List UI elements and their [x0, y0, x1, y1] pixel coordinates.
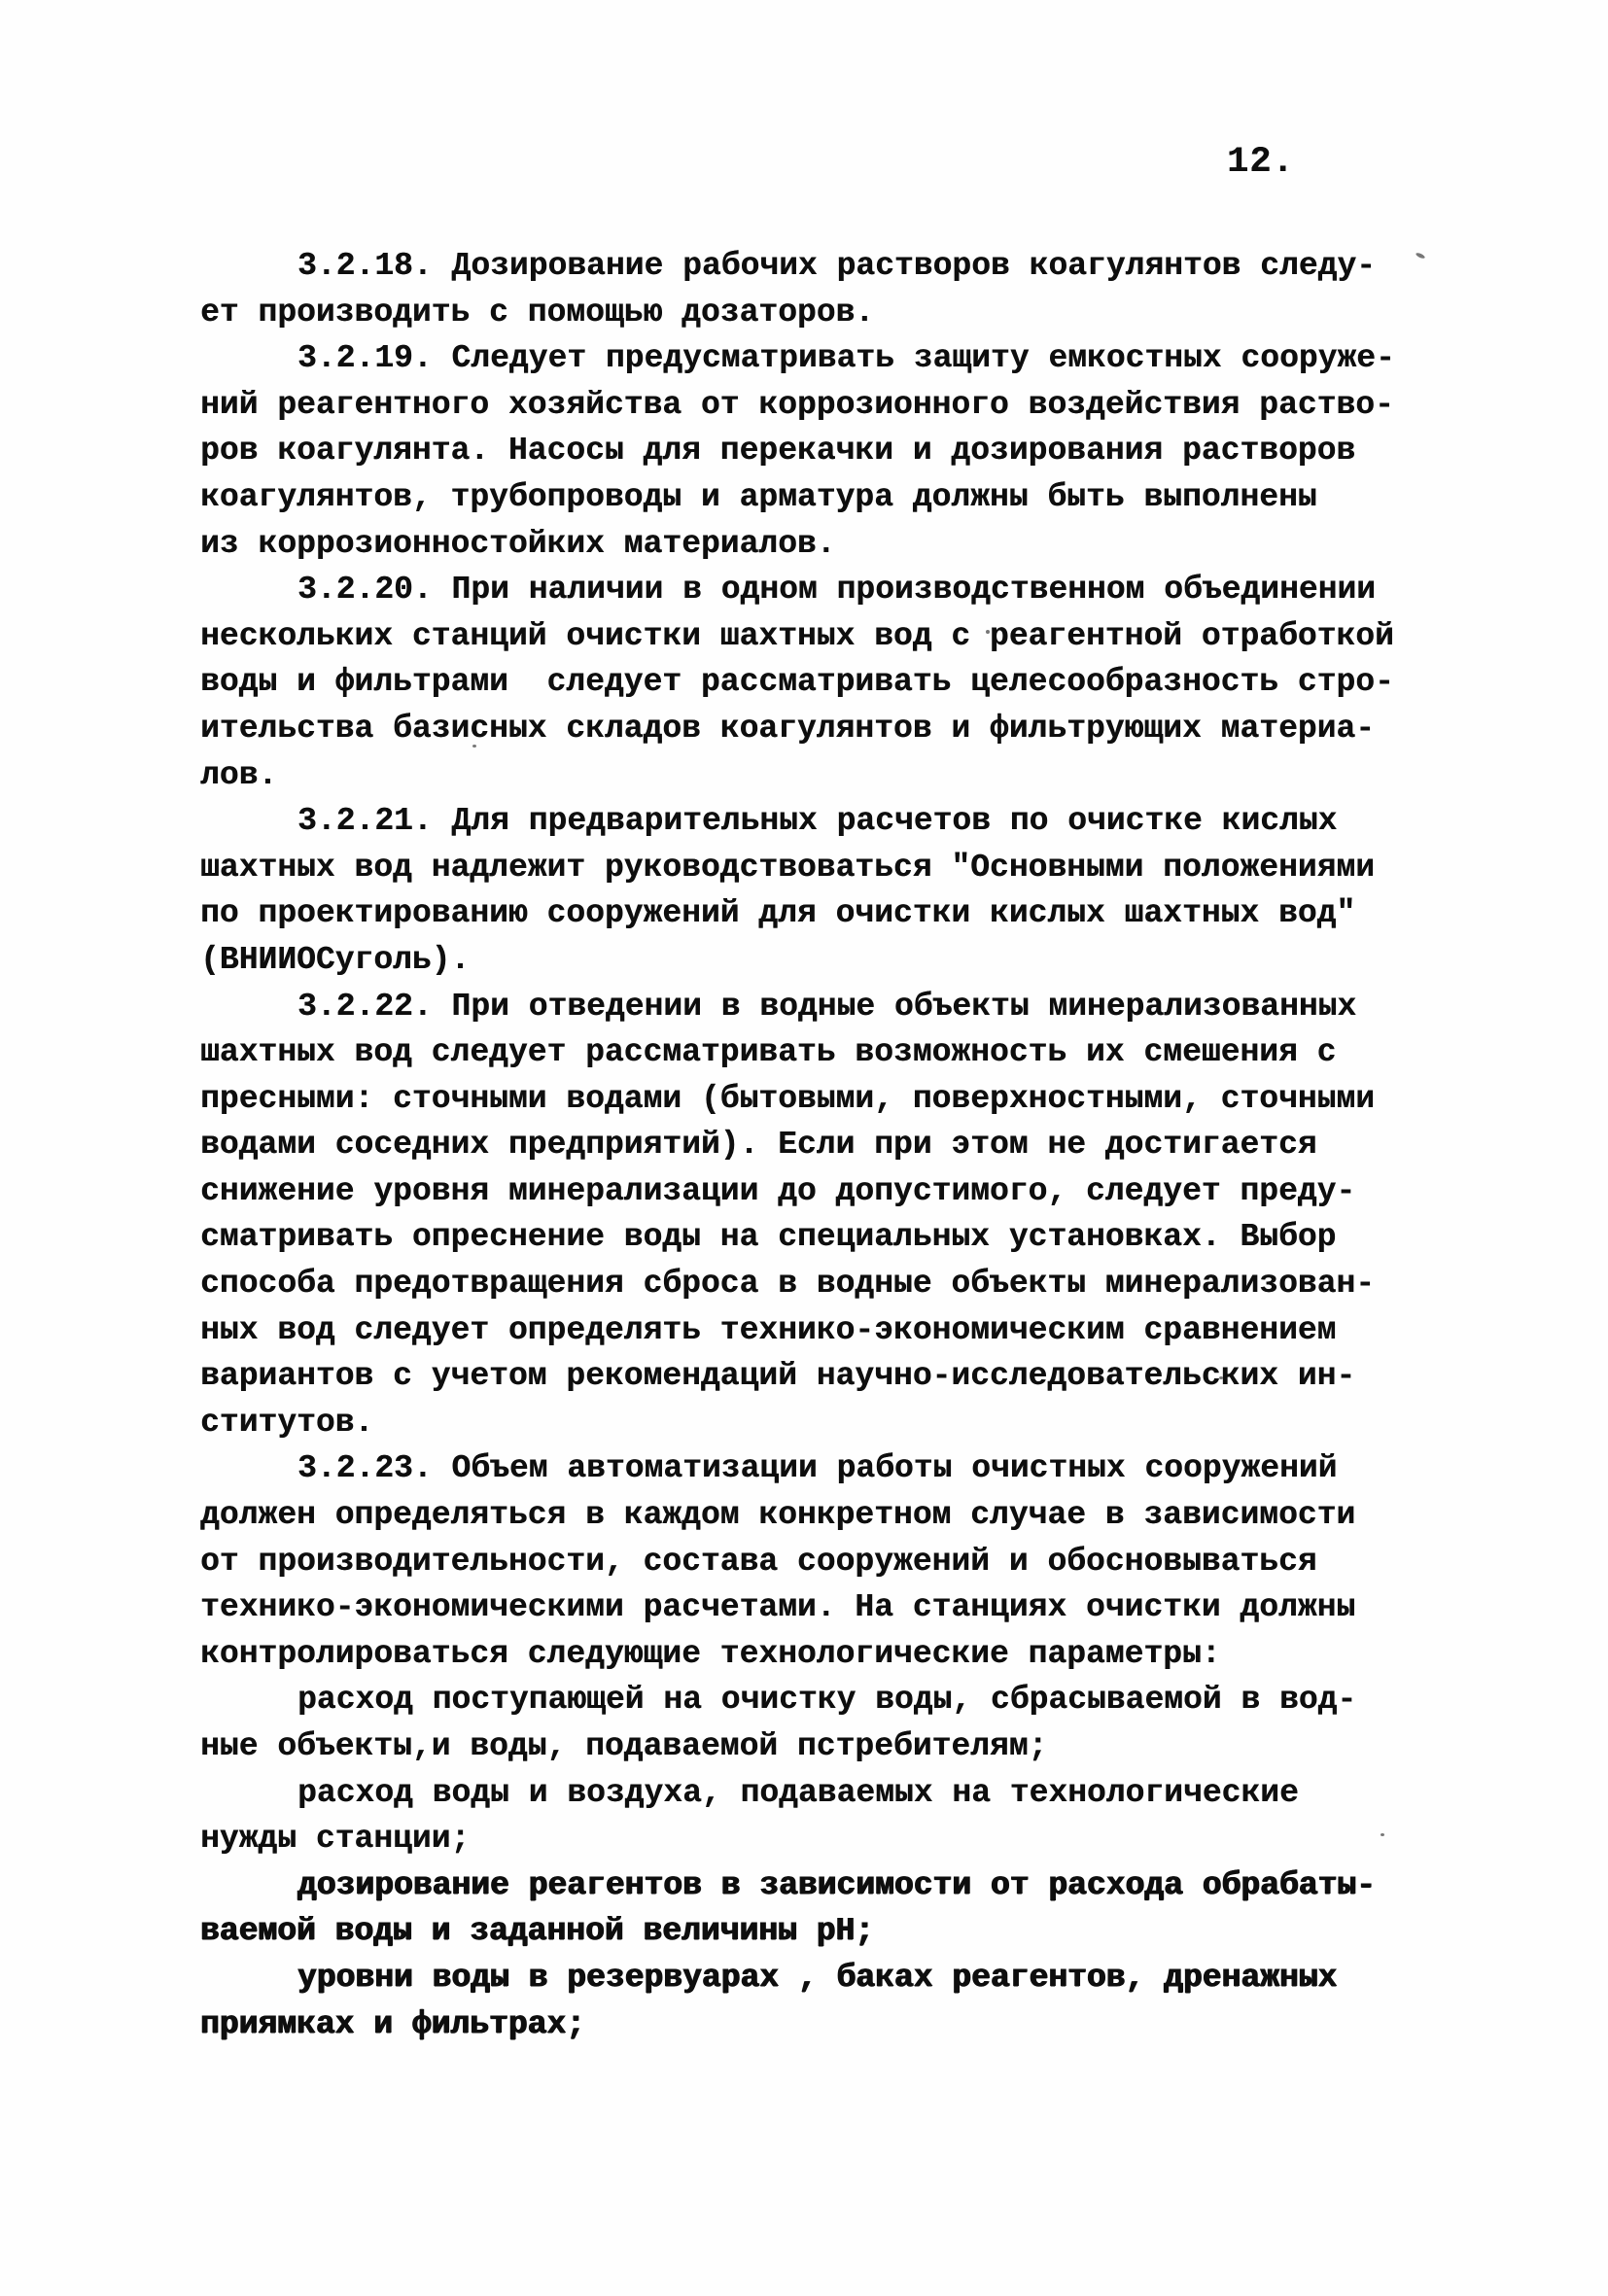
text-line: нескольких станций очистки шахтных вод с…	[200, 613, 1435, 660]
text-line: ительства базисных складов коагулянтов и…	[200, 706, 1435, 752]
scan-speck	[472, 745, 476, 748]
text-line: уровни воды в резервуарах , баках реаген…	[200, 1955, 1435, 2001]
text-line: из коррозионностойких материалов.	[200, 521, 1435, 568]
text-line: сматривать опреснение воды на специальны…	[200, 1214, 1435, 1261]
paragraph: 3.2.22. При отведении в водные объекты м…	[200, 984, 1435, 1446]
text-line: коагулянтов, трубопроводы и арматура дол…	[200, 474, 1435, 521]
text-line: ет производить с помощью дозаторов.	[200, 290, 1435, 336]
text-line: ров коагулянта. Насосы для перекачки и д…	[200, 428, 1435, 474]
text-line: шахтных вод надлежит руководствоваться "…	[200, 845, 1435, 891]
text-line: вариантов с учетом рекомендаций научно-и…	[200, 1353, 1435, 1400]
text-line: ных вод следует определять технико-эконо…	[200, 1307, 1435, 1354]
text-line: нужды станции;	[200, 1816, 1435, 1862]
text-line: воды и фильтрами следует рассматривать ц…	[200, 659, 1435, 706]
document-body: 3.2.18. Дозирование рабочих растворов ко…	[200, 243, 1435, 2047]
scan-speck	[1219, 1376, 1223, 1379]
text-line: снижение уровня минерализации до допусти…	[200, 1168, 1435, 1215]
text-line: приямках и фильтрах;	[200, 2001, 1435, 2048]
text-line: 3.2.21. Для предварительных расчетов по …	[200, 798, 1435, 845]
text-line: способа предотвращения сброса в водные о…	[200, 1261, 1435, 1307]
text-line: расход поступающей на очистку воды, сбра…	[200, 1677, 1435, 1723]
paragraph: расход воды и воздуха, подаваемых на тех…	[200, 1770, 1435, 1862]
text-line: 3.2.23. Объем автоматизации работы очист…	[200, 1445, 1435, 1492]
text-line: расход воды и воздуха, подаваемых на тех…	[200, 1770, 1435, 1817]
text-line: технико-экономическими расчетами. На ста…	[200, 1584, 1435, 1631]
paragraph: 3.2.21. Для предварительных расчетов по …	[200, 798, 1435, 983]
document-page: 12. 3.2.18. Дозирование рабочих растворо…	[0, 0, 1608, 2296]
paragraph: 3.2.23. Объем автоматизации работы очист…	[200, 1445, 1435, 1677]
paragraph: уровни воды в резервуарах , баках реаген…	[200, 1955, 1435, 2047]
text-line: должен определяться в каждом конкретном …	[200, 1492, 1435, 1539]
text-line: дозирование реагентов в зависимости от р…	[200, 1862, 1435, 1909]
text-line: контролироваться следующие технологическ…	[200, 1631, 1435, 1678]
paragraph: расход поступающей на очистку воды, сбра…	[200, 1677, 1435, 1769]
text-line: водами соседних предприятий). Если при э…	[200, 1122, 1435, 1168]
scan-speck	[986, 630, 990, 634]
text-line: (ВНИИОСуголь).	[200, 937, 1435, 984]
text-line: 3.2.22. При отведении в водные объекты м…	[200, 984, 1435, 1030]
text-line: от производительности, состава сооружени…	[200, 1539, 1435, 1585]
text-line: ститутов.	[200, 1400, 1435, 1446]
text-line: шахтных вод следует рассматривать возмож…	[200, 1029, 1435, 1076]
text-line: 3.2.18. Дозирование рабочих растворов ко…	[200, 243, 1435, 290]
text-line: ний реагентного хозяйства от коррозионно…	[200, 382, 1435, 429]
paragraph: дозирование реагентов в зависимости от р…	[200, 1862, 1435, 1955]
text-line: по проектированию сооружений для очистки…	[200, 890, 1435, 937]
text-line: пресными: сточными водами (бытовыми, пов…	[200, 1076, 1435, 1123]
text-line: 3.2.19. Следует предусматривать защиту е…	[200, 335, 1435, 382]
text-line: ваемой воды и заданной величины pH;	[200, 1908, 1435, 1955]
page-number: 12.	[1227, 142, 1295, 183]
scan-speck	[1381, 1833, 1384, 1836]
text-line: ные объекты,и воды, подаваемой пстребите…	[200, 1723, 1435, 1770]
paragraph: 3.2.20. При наличии в одном производстве…	[200, 567, 1435, 798]
paragraph: 3.2.19. Следует предусматривать защиту е…	[200, 335, 1435, 567]
text-line: лов.	[200, 752, 1435, 799]
paragraph: 3.2.18. Дозирование рабочих растворов ко…	[200, 243, 1435, 335]
text-line: 3.2.20. При наличии в одном производстве…	[200, 567, 1435, 613]
